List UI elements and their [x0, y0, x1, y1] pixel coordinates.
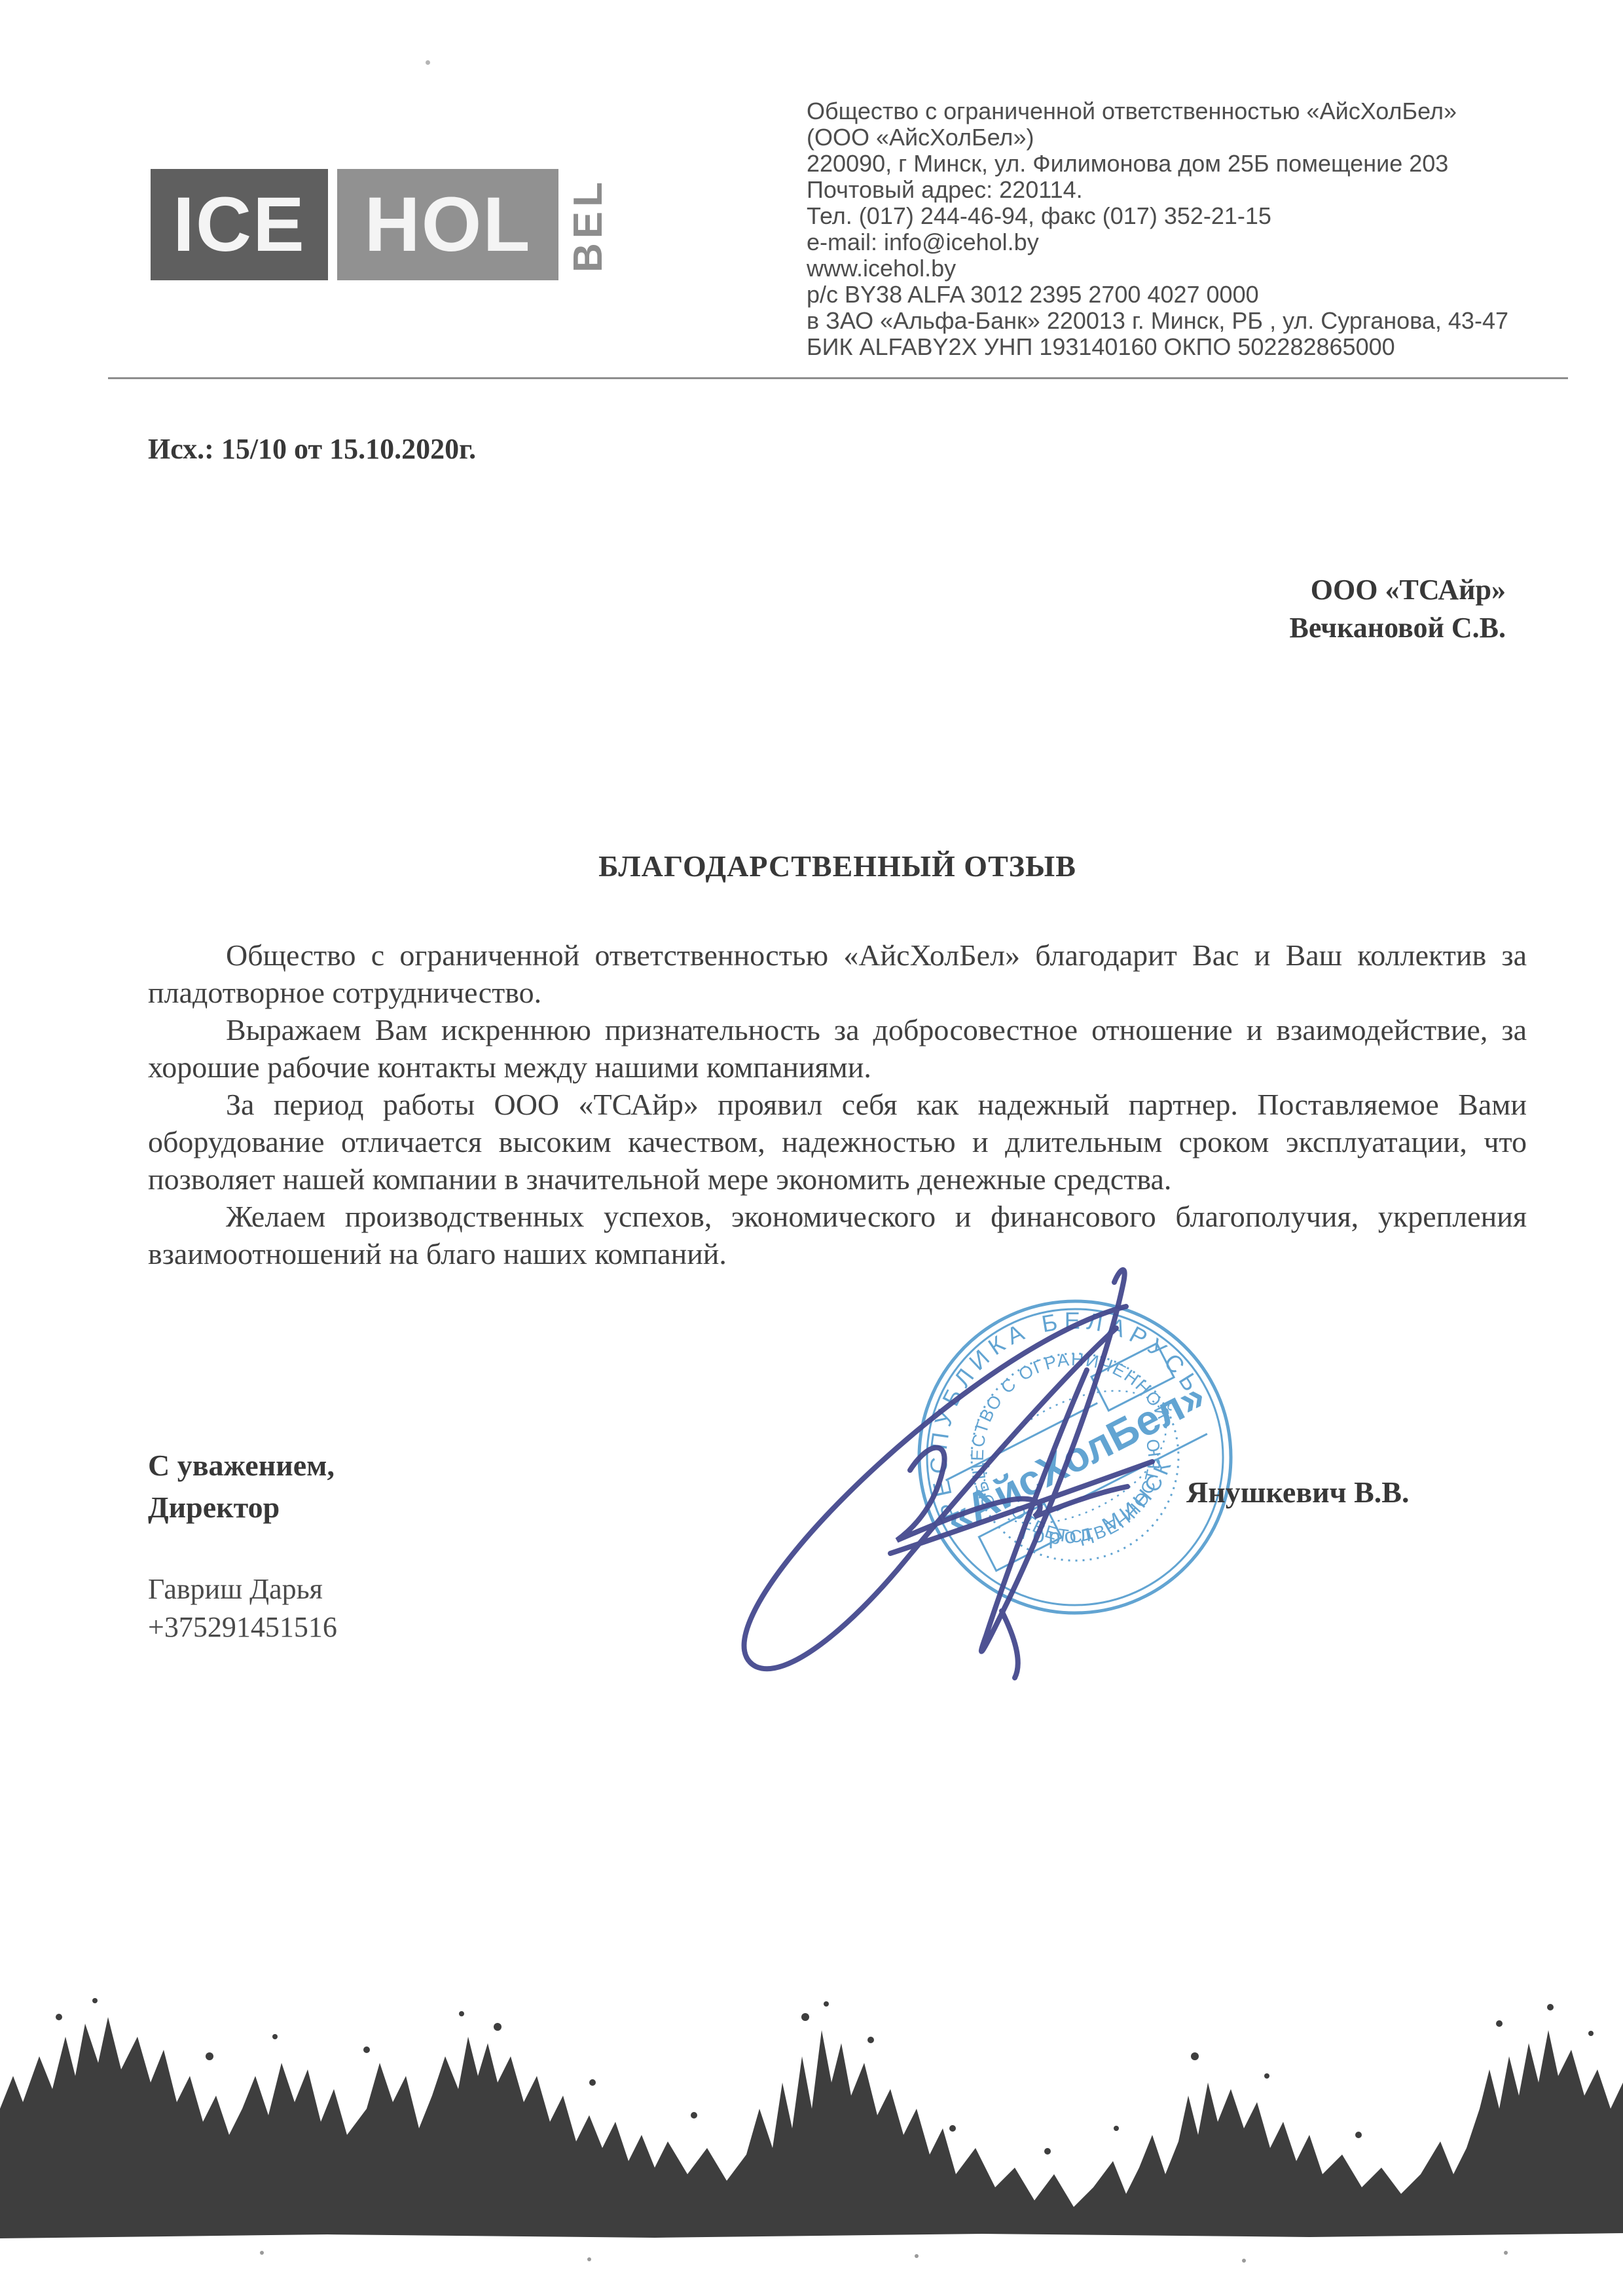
signoff-block: С уважением, Директор — [148, 1445, 335, 1528]
logo-hol-box: HOL — [337, 169, 558, 280]
logo-ice-text: ICE — [173, 180, 306, 269]
signer-name: Янушкевич В.В. — [1186, 1475, 1410, 1509]
signoff-regards: С уважением, — [148, 1445, 335, 1487]
company-address-line: 220090, г Минск, ул. Филимонова дом 25Б … — [807, 151, 1586, 177]
bank-account-line: р/с BY38 ALFA 3012 2395 2700 4027 0000 — [807, 282, 1586, 308]
company-shortname-line: (ООО «АйсХолБел») — [807, 124, 1586, 151]
scanned-letter-page: { "logo": { "ice": "ICE", "hol": "HOL", … — [0, 0, 1623, 2296]
company-name-line: Общество с ограниченной ответственностью… — [807, 98, 1586, 124]
footer-silhouette — [0, 2017, 1623, 2238]
reference-date-line: Исх.: 15/10 от 15.10.2020г. — [148, 432, 476, 466]
letter-body: Общество с ограниченной ответственностью… — [148, 936, 1527, 1272]
paragraph: Общество с ограниченной ответственностью… — [148, 936, 1527, 1011]
footer-grunge-band — [0, 1978, 1623, 2296]
footer-light-noise — [260, 2251, 1508, 2263]
page-title: БЛАГОДАРСТВЕННЫЙ ОТЗЫВ — [148, 849, 1527, 883]
contact-name: Гавриш Дарья — [148, 1570, 337, 1608]
signature-tail-stroke — [1002, 1611, 1018, 1678]
signature-diagonal-stroke — [981, 1270, 1125, 1652]
bank-name-line: в ЗАО «Альфа-Банк» 220013 г. Минск, РБ ,… — [807, 308, 1586, 334]
email-line: e-mail: info@icehol.by — [807, 229, 1586, 255]
contact-block: Гавриш Дарья +375291451516 — [148, 1570, 337, 1646]
logo-ice-box: ICE — [151, 169, 328, 280]
signature — [694, 1244, 1283, 1703]
contact-phone: +375291451516 — [148, 1608, 337, 1646]
header-divider — [108, 377, 1568, 379]
company-info-block: Общество с ограниченной ответственностью… — [807, 98, 1586, 360]
paragraph: За период работы ООО «ТСАйр» проявил себ… — [148, 1086, 1527, 1198]
postal-address-line: Почтовый адрес: 220114. — [807, 177, 1586, 203]
scan-speck — [426, 60, 430, 65]
signature-scribble-stroke — [897, 1447, 1127, 1540]
logo-hol-text: HOL — [364, 180, 531, 269]
phone-fax-line: Тел. (017) 244-46-94, факс (017) 352-21-… — [807, 203, 1586, 229]
website-line: www.icehol.by — [807, 255, 1586, 282]
logo-bel-box: BEL — [562, 169, 614, 280]
recipient-block: ООО «ТСАйр» Вечкановой С.В. — [1290, 571, 1506, 647]
signoff-position: Директор — [148, 1487, 335, 1528]
bank-codes-line: БИК ALFABY2X УНП 193140160 ОКПО 50228286… — [807, 334, 1586, 360]
paragraph: Выражаем Вам искреннюю признательность з… — [148, 1011, 1527, 1086]
recipient-company: ООО «ТСАйр» — [1290, 571, 1506, 609]
recipient-person: Вечкановой С.В. — [1290, 609, 1506, 647]
logo-bel-text: BEL — [565, 177, 611, 272]
